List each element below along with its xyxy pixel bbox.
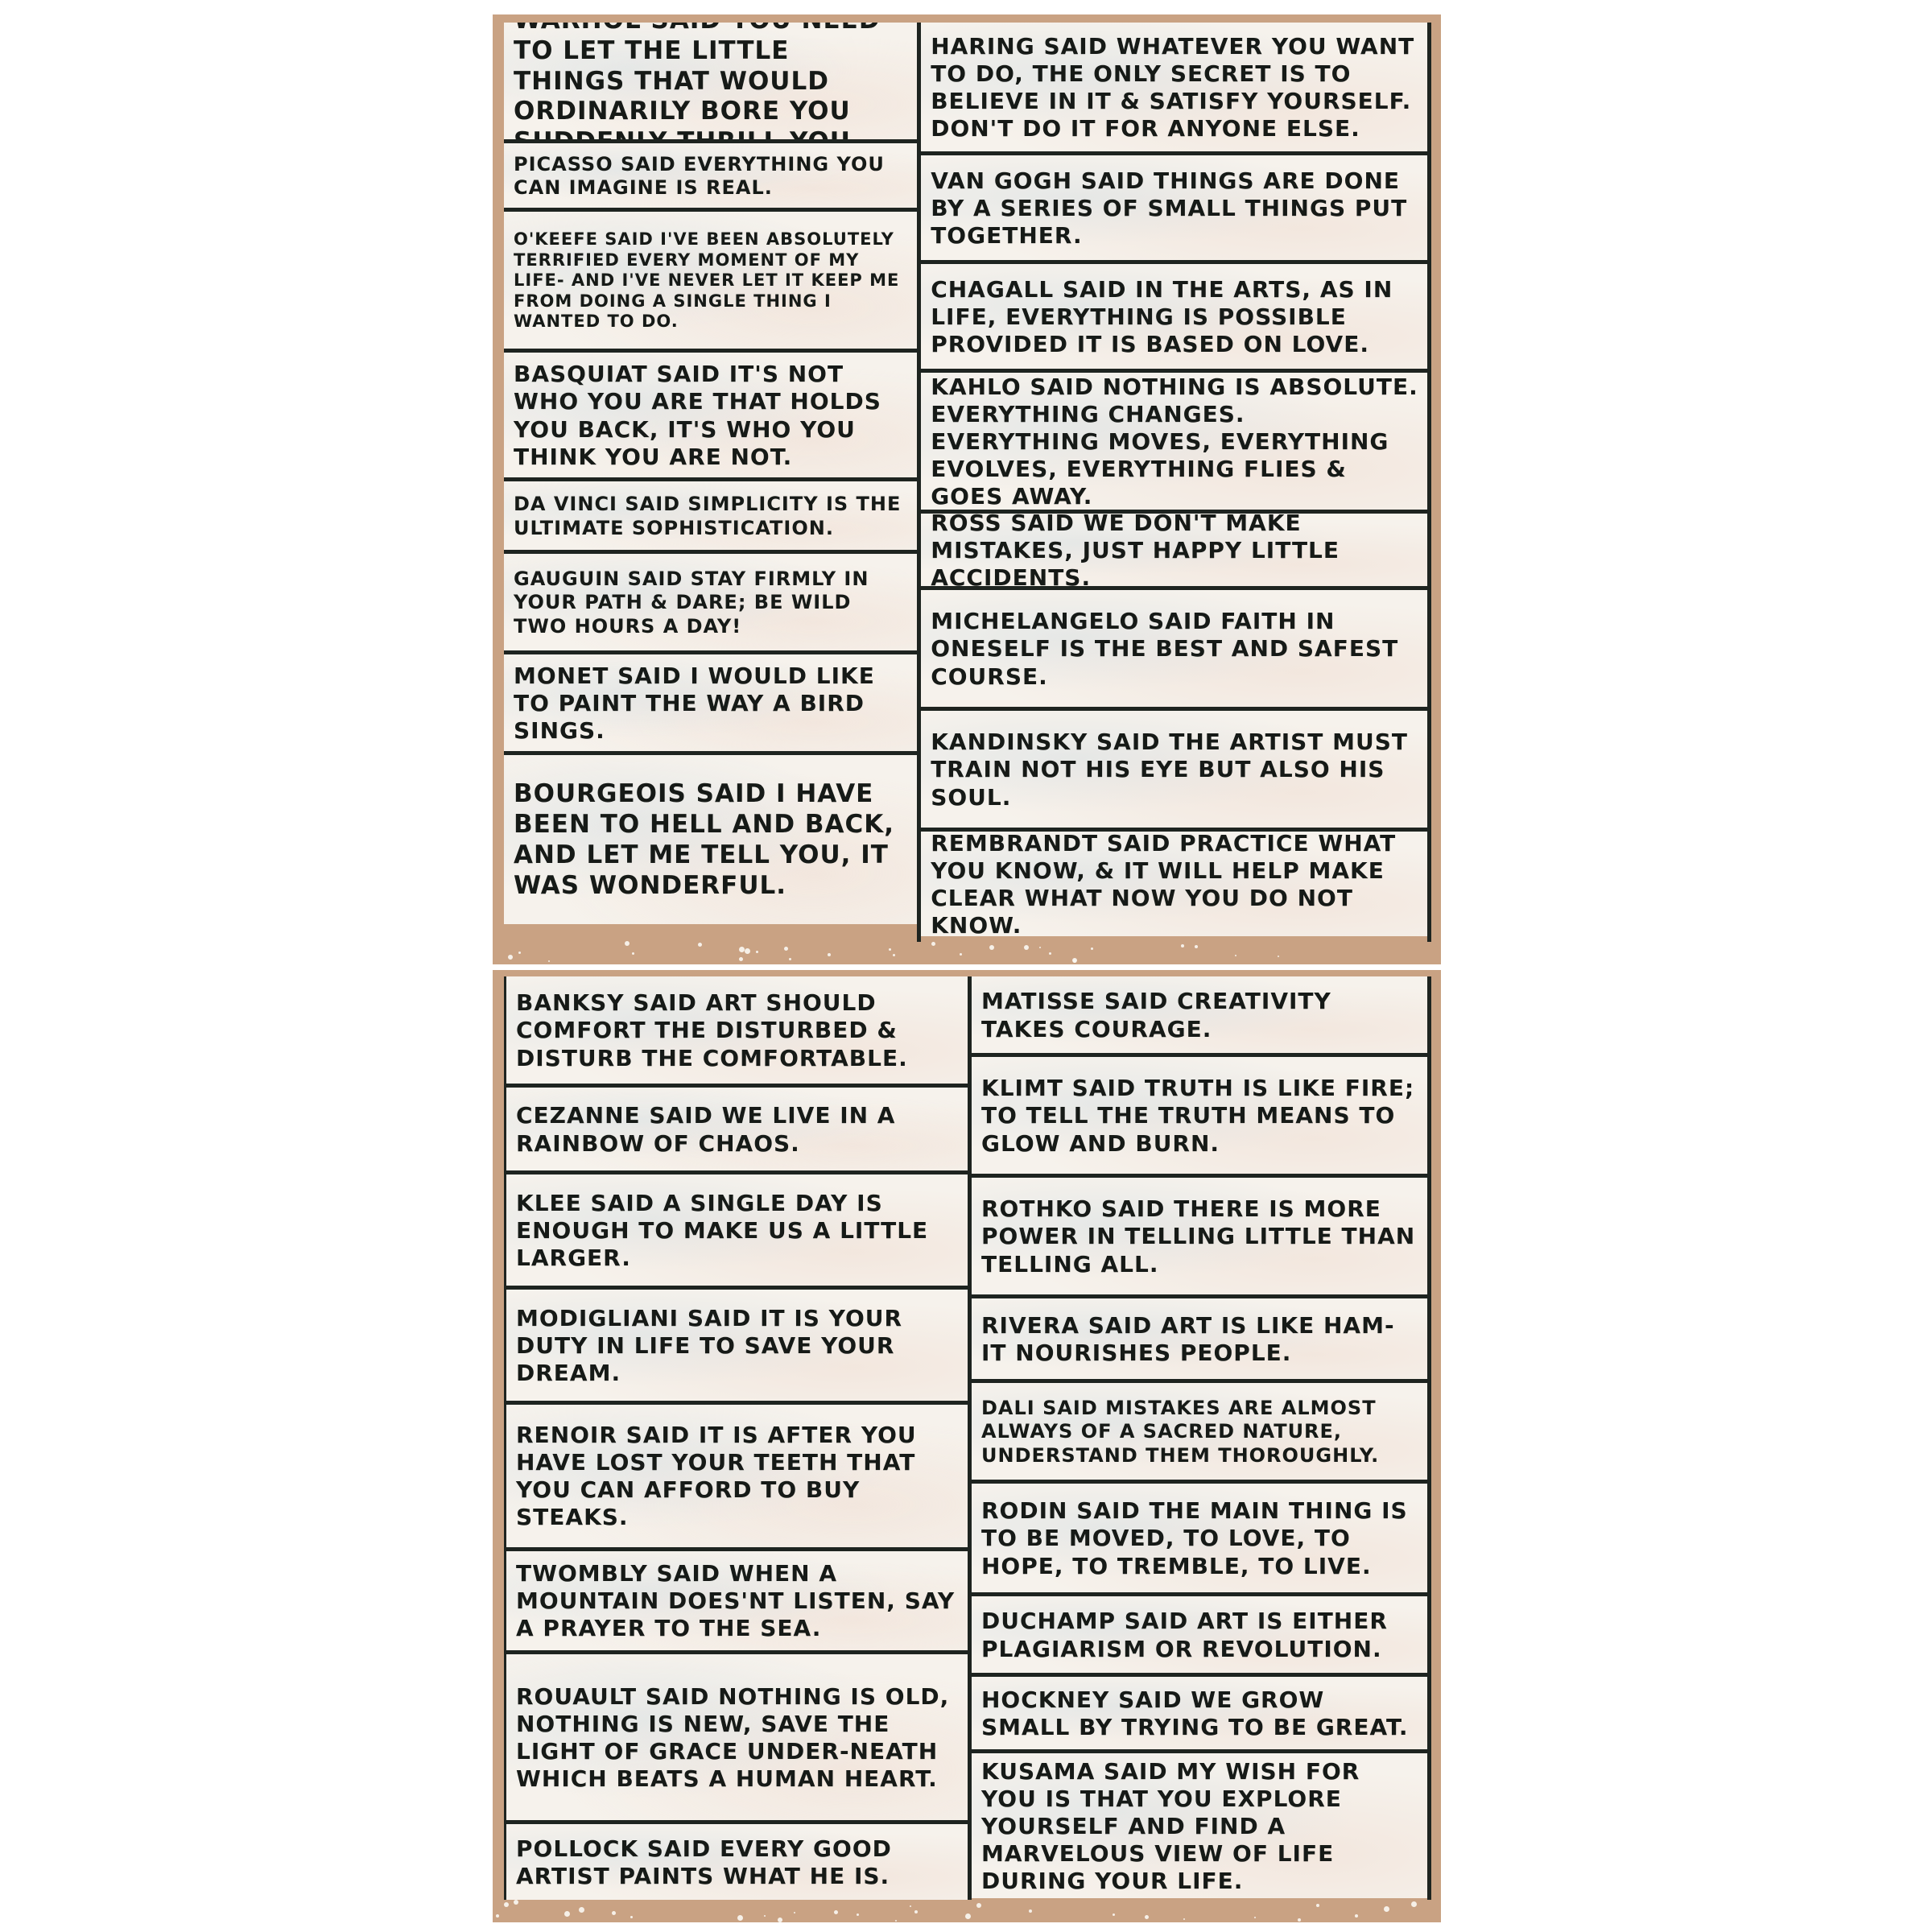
paint-speck bbox=[508, 955, 513, 960]
paint-speck bbox=[1384, 1906, 1389, 1912]
paint-speck bbox=[910, 1905, 911, 1907]
paint-speck bbox=[834, 1910, 838, 1914]
quote-ross: ROSS SAID WE DON'T MAKE MISTAKES, JUST H… bbox=[921, 514, 1427, 590]
quote-picasso: PICASSO SAID EVERYTHING YOU CAN IMAGINE … bbox=[504, 143, 917, 212]
painting-artist-quotes-1: WARHOL SAID YOU NEED TO LET THE LITTLE T… bbox=[493, 14, 1441, 964]
paint-speck bbox=[784, 947, 788, 951]
paint-speck bbox=[1049, 952, 1051, 955]
quote-renoir: RENOIR SAID IT IS AFTER YOU HAVE LOST YO… bbox=[506, 1405, 968, 1551]
quote-hockney: HOCKNEY SAID WE GROW SMALL BY TRYING TO … bbox=[972, 1677, 1427, 1753]
paint-speck bbox=[1113, 1913, 1115, 1916]
quote-michelangelo: MICHELANGELO SAID FAITH IN ONESELF IS TH… bbox=[921, 590, 1427, 711]
paint-speck bbox=[794, 1912, 795, 1913]
quote-rivera: RIVERA SAID ART IS LIKE HAM- IT NOURISHE… bbox=[972, 1298, 1427, 1383]
quote-basquiat: BASQUIAT SAID IT'S NOT WHO YOU ARE THAT … bbox=[504, 353, 917, 481]
paint-speck bbox=[548, 960, 550, 962]
paint-speck bbox=[698, 943, 702, 947]
quote-duchamp: DUCHAMP SAID ART IS EITHER PLAGIARISM OR… bbox=[972, 1596, 1427, 1677]
paint-speck bbox=[1024, 945, 1029, 950]
paint-speck bbox=[1316, 1904, 1319, 1907]
quote-pollock: POLLOCK SAID EVERY GOOD ARTIST PAINTS WH… bbox=[506, 1824, 968, 1900]
paint-speck bbox=[976, 1903, 981, 1908]
paint-speck bbox=[514, 1900, 518, 1905]
paint-speck bbox=[1145, 1915, 1149, 1919]
paint-speck bbox=[1355, 1914, 1358, 1918]
quote-rouault: ROUAULT SAID NOTHING IS OLD, NOTHING IS … bbox=[506, 1654, 968, 1825]
paint-speck bbox=[960, 953, 962, 956]
quote-warhol: WARHOL SAID YOU NEED TO LET THE LITTLE T… bbox=[504, 23, 917, 143]
paint-speck bbox=[518, 952, 521, 954]
paint-speck bbox=[1195, 945, 1198, 948]
quote-column-right: MATISSE SAID CREATIVITY TAKES COURAGE. K… bbox=[972, 976, 1431, 1900]
paint-speck bbox=[612, 1911, 616, 1915]
quote-kusama: KUSAMA SAID MY WISH FOR YOU IS THAT YOU … bbox=[972, 1753, 1427, 1898]
quote-rembrandt: REMBRANDT SAID PRACTICE WHAT YOU KNOW, &… bbox=[921, 832, 1427, 936]
quote-rothko: ROTHKO SAID THERE IS MORE POWER IN TELLI… bbox=[972, 1178, 1427, 1298]
quote-klimt: KLIMT SAID TRUTH IS LIKE FIRE; TO TELL T… bbox=[972, 1057, 1427, 1178]
paint-speck bbox=[756, 951, 758, 953]
quote-banksy: BANKSY SAID ART SHOULD COMFORT THE DISTU… bbox=[506, 976, 968, 1088]
quote-gauguin: GAUGUIN SAID STAY FIRMLY IN YOUR PATH & … bbox=[504, 554, 917, 654]
paint-speck bbox=[739, 947, 745, 952]
paint-speck bbox=[579, 1907, 584, 1913]
paint-speck bbox=[1073, 960, 1076, 963]
quote-haring: HARING SAID WHATEVER YOU WANT TO DO, THE… bbox=[921, 23, 1427, 155]
paint-speck bbox=[989, 945, 994, 950]
paint-speck bbox=[857, 1913, 859, 1916]
paint-speck bbox=[737, 1915, 743, 1921]
paint-speck bbox=[1278, 956, 1279, 957]
quote-column-left: WARHOL SAID YOU NEED TO LET THE LITTLE T… bbox=[504, 23, 921, 942]
paint-speck bbox=[778, 1918, 782, 1922]
paint-speck bbox=[965, 1913, 971, 1919]
quote-van-gogh: VAN GOGH SAID THINGS ARE DONE BY A SERIE… bbox=[921, 155, 1427, 264]
paint-speck bbox=[632, 952, 634, 955]
paint-speck bbox=[564, 1911, 570, 1917]
paint-speck bbox=[1039, 947, 1041, 948]
paint-speck bbox=[745, 948, 750, 954]
paint-speck bbox=[1411, 1901, 1417, 1907]
quote-kandinsky: KANDINSKY SAID THE ARTIST MUST TRAIN NOT… bbox=[921, 711, 1427, 832]
paint-speck bbox=[504, 1902, 509, 1907]
paint-speck bbox=[739, 957, 743, 961]
paint-speck bbox=[496, 1914, 499, 1918]
quote-modigliani: MODIGLIANI SAID IT IS YOUR DUTY IN LIFE … bbox=[506, 1290, 968, 1405]
quote-cezanne: CEZANNE SAID WE LIVE IN A RAINBOW OF CHA… bbox=[506, 1088, 968, 1174]
quote-bourgeois: BOURGEOIS SAID I HAVE BEEN TO HELL AND B… bbox=[504, 755, 917, 924]
quote-dali: DALI SAID MISTAKES ARE ALMOST ALWAYS OF … bbox=[972, 1383, 1427, 1484]
quote-chagall: CHAGALL SAID IN THE ARTS, AS IN LIFE, EV… bbox=[921, 264, 1427, 373]
paint-speck bbox=[893, 954, 895, 956]
quote-rodin: RODIN SAID THE MAIN THING IS TO BE MOVED… bbox=[972, 1484, 1427, 1596]
paint-speck bbox=[1235, 955, 1236, 956]
quote-column-left: BANKSY SAID ART SHOULD COMFORT THE DISTU… bbox=[504, 976, 972, 1900]
paint-speck bbox=[895, 1920, 897, 1922]
quote-column-right: HARING SAID WHATEVER YOU WANT TO DO, THE… bbox=[921, 23, 1431, 942]
quote-matisse: MATISSE SAID CREATIVITY TAKES COURAGE. bbox=[972, 976, 1427, 1057]
quote-klee: KLEE SAID A SINGLE DAY IS ENOUGH TO MAKE… bbox=[506, 1174, 968, 1290]
paint-speck bbox=[789, 958, 791, 960]
quote-da-vinci: DA VINCI SAID SIMPLICITY IS THE ULTIMATE… bbox=[504, 481, 917, 554]
quote-twombly: TWOMBLY SAID WHEN A MOUNTAIN DOES'NT LIS… bbox=[506, 1551, 968, 1654]
paint-speck bbox=[1181, 944, 1184, 947]
painting-artist-quotes-2: BANKSY SAID ART SHOULD COMFORT THE DISTU… bbox=[493, 970, 1441, 1922]
paint-speck bbox=[1029, 1909, 1032, 1913]
paint-speck bbox=[764, 1915, 766, 1917]
paint-speck bbox=[1254, 1917, 1256, 1918]
paint-speck bbox=[931, 942, 935, 946]
paint-speck bbox=[914, 1910, 918, 1913]
quote-kahlo: KAHLO SAID NOTHING IS ABSOLUTE. EVERYTHI… bbox=[921, 373, 1427, 514]
paint-speck bbox=[625, 941, 630, 946]
paint-speck bbox=[1091, 947, 1093, 950]
paint-speck bbox=[1183, 1918, 1185, 1920]
paint-speck bbox=[889, 948, 891, 951]
paint-speck bbox=[1298, 1918, 1301, 1922]
paint-speck bbox=[630, 1916, 633, 1918]
quote-okeefe: O'KEEFE SAID I'VE BEEN ABSOLUTELY TERRIF… bbox=[504, 212, 917, 353]
paint-speck bbox=[828, 953, 831, 956]
quote-monet: MONET SAID I WOULD LIKE TO PAINT THE WAY… bbox=[504, 654, 917, 755]
